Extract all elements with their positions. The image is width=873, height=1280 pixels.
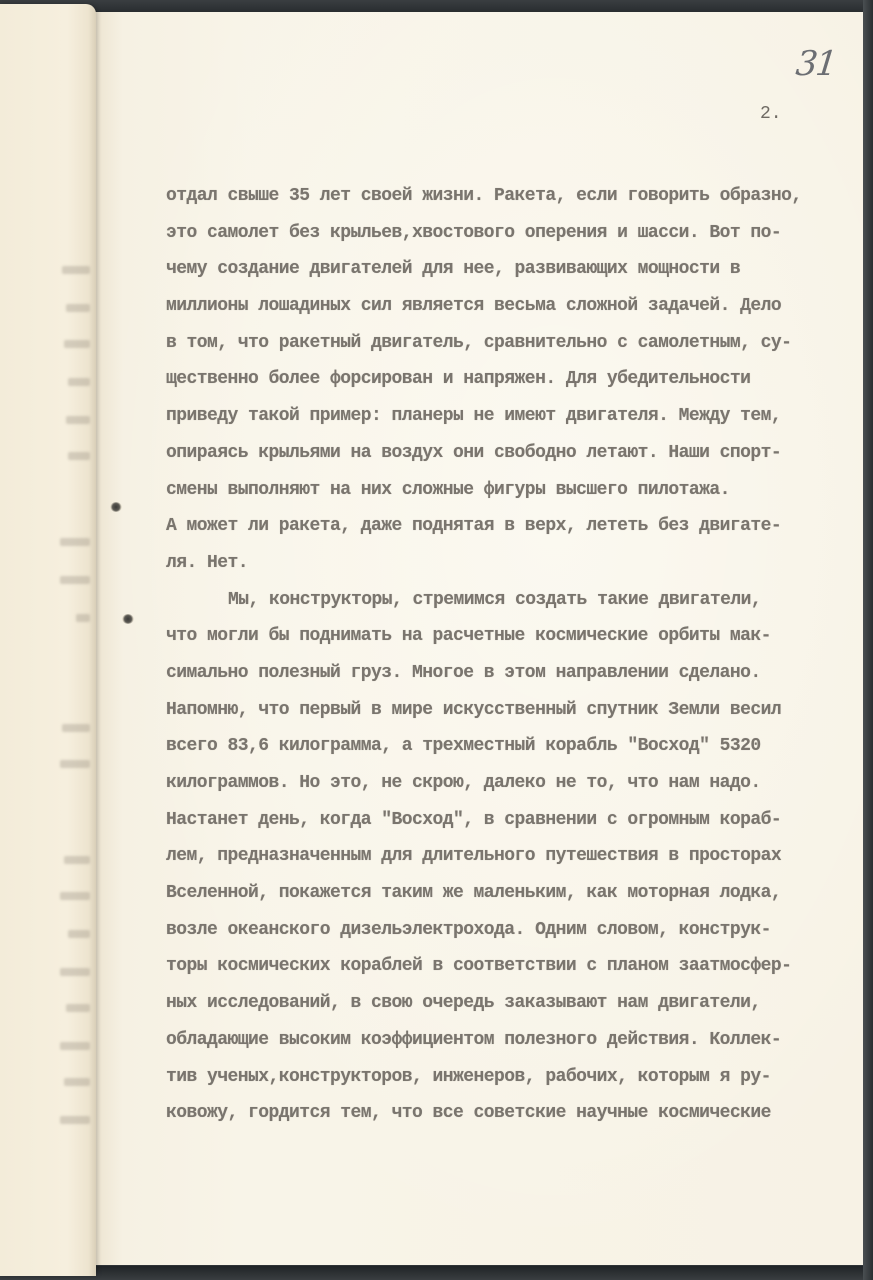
text-line: приведу такой пример: планеры не имеют д…: [166, 398, 866, 435]
left-page-text-fragment: [68, 930, 90, 938]
text-line: возле океанского дизельэлектрохода. Одни…: [166, 912, 866, 949]
text-line: в том, что ракетный двигатель, сравнител…: [166, 325, 866, 362]
left-page-text-fragment: [64, 1078, 90, 1086]
text-line: торы космических кораблей в соответствии…: [166, 948, 866, 985]
text-line: ных исследований, в свою очередь заказыв…: [166, 985, 866, 1022]
text-line: чему создание двигателей для нее, развив…: [166, 251, 866, 288]
text-line: что могли бы поднимать на расчетные косм…: [166, 618, 866, 655]
text-line: это самолет без крыльев,хвостового опере…: [166, 215, 866, 252]
left-page-text-fragment: [66, 416, 90, 424]
left-page-text-fragment: [64, 340, 90, 348]
left-page-text-fragment: [68, 452, 90, 460]
text-line: опираясь крыльями на воздух они свободно…: [166, 435, 866, 472]
left-page-text-fragment: [62, 266, 90, 274]
archive-sheet-number: 31: [794, 44, 837, 84]
text-line: миллионы лошадиных сил является весьма с…: [166, 288, 866, 325]
text-line: Настанет день, когда "Восход", в сравнен…: [166, 802, 866, 839]
scanner-background-bottom: [0, 1266, 873, 1280]
left-page-text-fragment: [62, 724, 90, 732]
left-page-text-fragment: [60, 968, 90, 976]
typewritten-body: отдал свыше 35 лет своей жизни. Ракета, …: [166, 178, 866, 1132]
text-line: отдал свыше 35 лет своей жизни. Ракета, …: [166, 178, 866, 215]
left-page-text-fragment: [60, 576, 90, 584]
left-page-text-fragment: [60, 1042, 90, 1050]
text-line: всего 83,6 килограмма, а трехместный кор…: [166, 728, 866, 765]
left-page-text-fragment: [66, 304, 90, 312]
text-line: Мы, конструкторы, стремимся создать таки…: [166, 582, 866, 619]
text-line: щественно более форсирован и напряжен. Д…: [166, 361, 866, 398]
text-line: Напомню, что первый в мире искусственный…: [166, 692, 866, 729]
text-line: обладающие высоким коэффициентом полезно…: [166, 1022, 866, 1059]
left-page-edge: [0, 4, 96, 1276]
left-page-text-fragment: [68, 378, 90, 386]
text-line: симально полезный груз. Многое в этом на…: [166, 655, 866, 692]
left-page-text-fragment: [60, 1116, 90, 1124]
text-line: смены выполняют на них сложные фигуры вы…: [166, 472, 866, 509]
text-line: ля. Нет.: [166, 545, 866, 582]
text-line: Вселенной, покажется таким же маленьким,…: [166, 875, 866, 912]
text-line: лем, предназначенным для длительного пут…: [166, 838, 866, 875]
left-page-text-fragment: [66, 1004, 90, 1012]
punch-hole-icon: [122, 614, 134, 624]
text-line: килограммов. Но это, не скрою, далеко не…: [166, 765, 866, 802]
page-number: 2.: [760, 104, 782, 124]
left-page-text-fragment: [76, 614, 90, 622]
text-line: ковожу, гордится тем, что все советские …: [166, 1095, 866, 1132]
left-page-text-fragment: [60, 538, 90, 546]
left-page-text-fragment: [64, 856, 90, 864]
left-page-text-fragment: [60, 760, 90, 768]
text-line: тив ученых,конструкторов, инженеров, раб…: [166, 1059, 866, 1096]
left-page-text-fragment: [60, 892, 90, 900]
text-line: А может ли ракета, даже поднятая в верх,…: [166, 508, 866, 545]
punch-hole-icon: [110, 502, 122, 512]
